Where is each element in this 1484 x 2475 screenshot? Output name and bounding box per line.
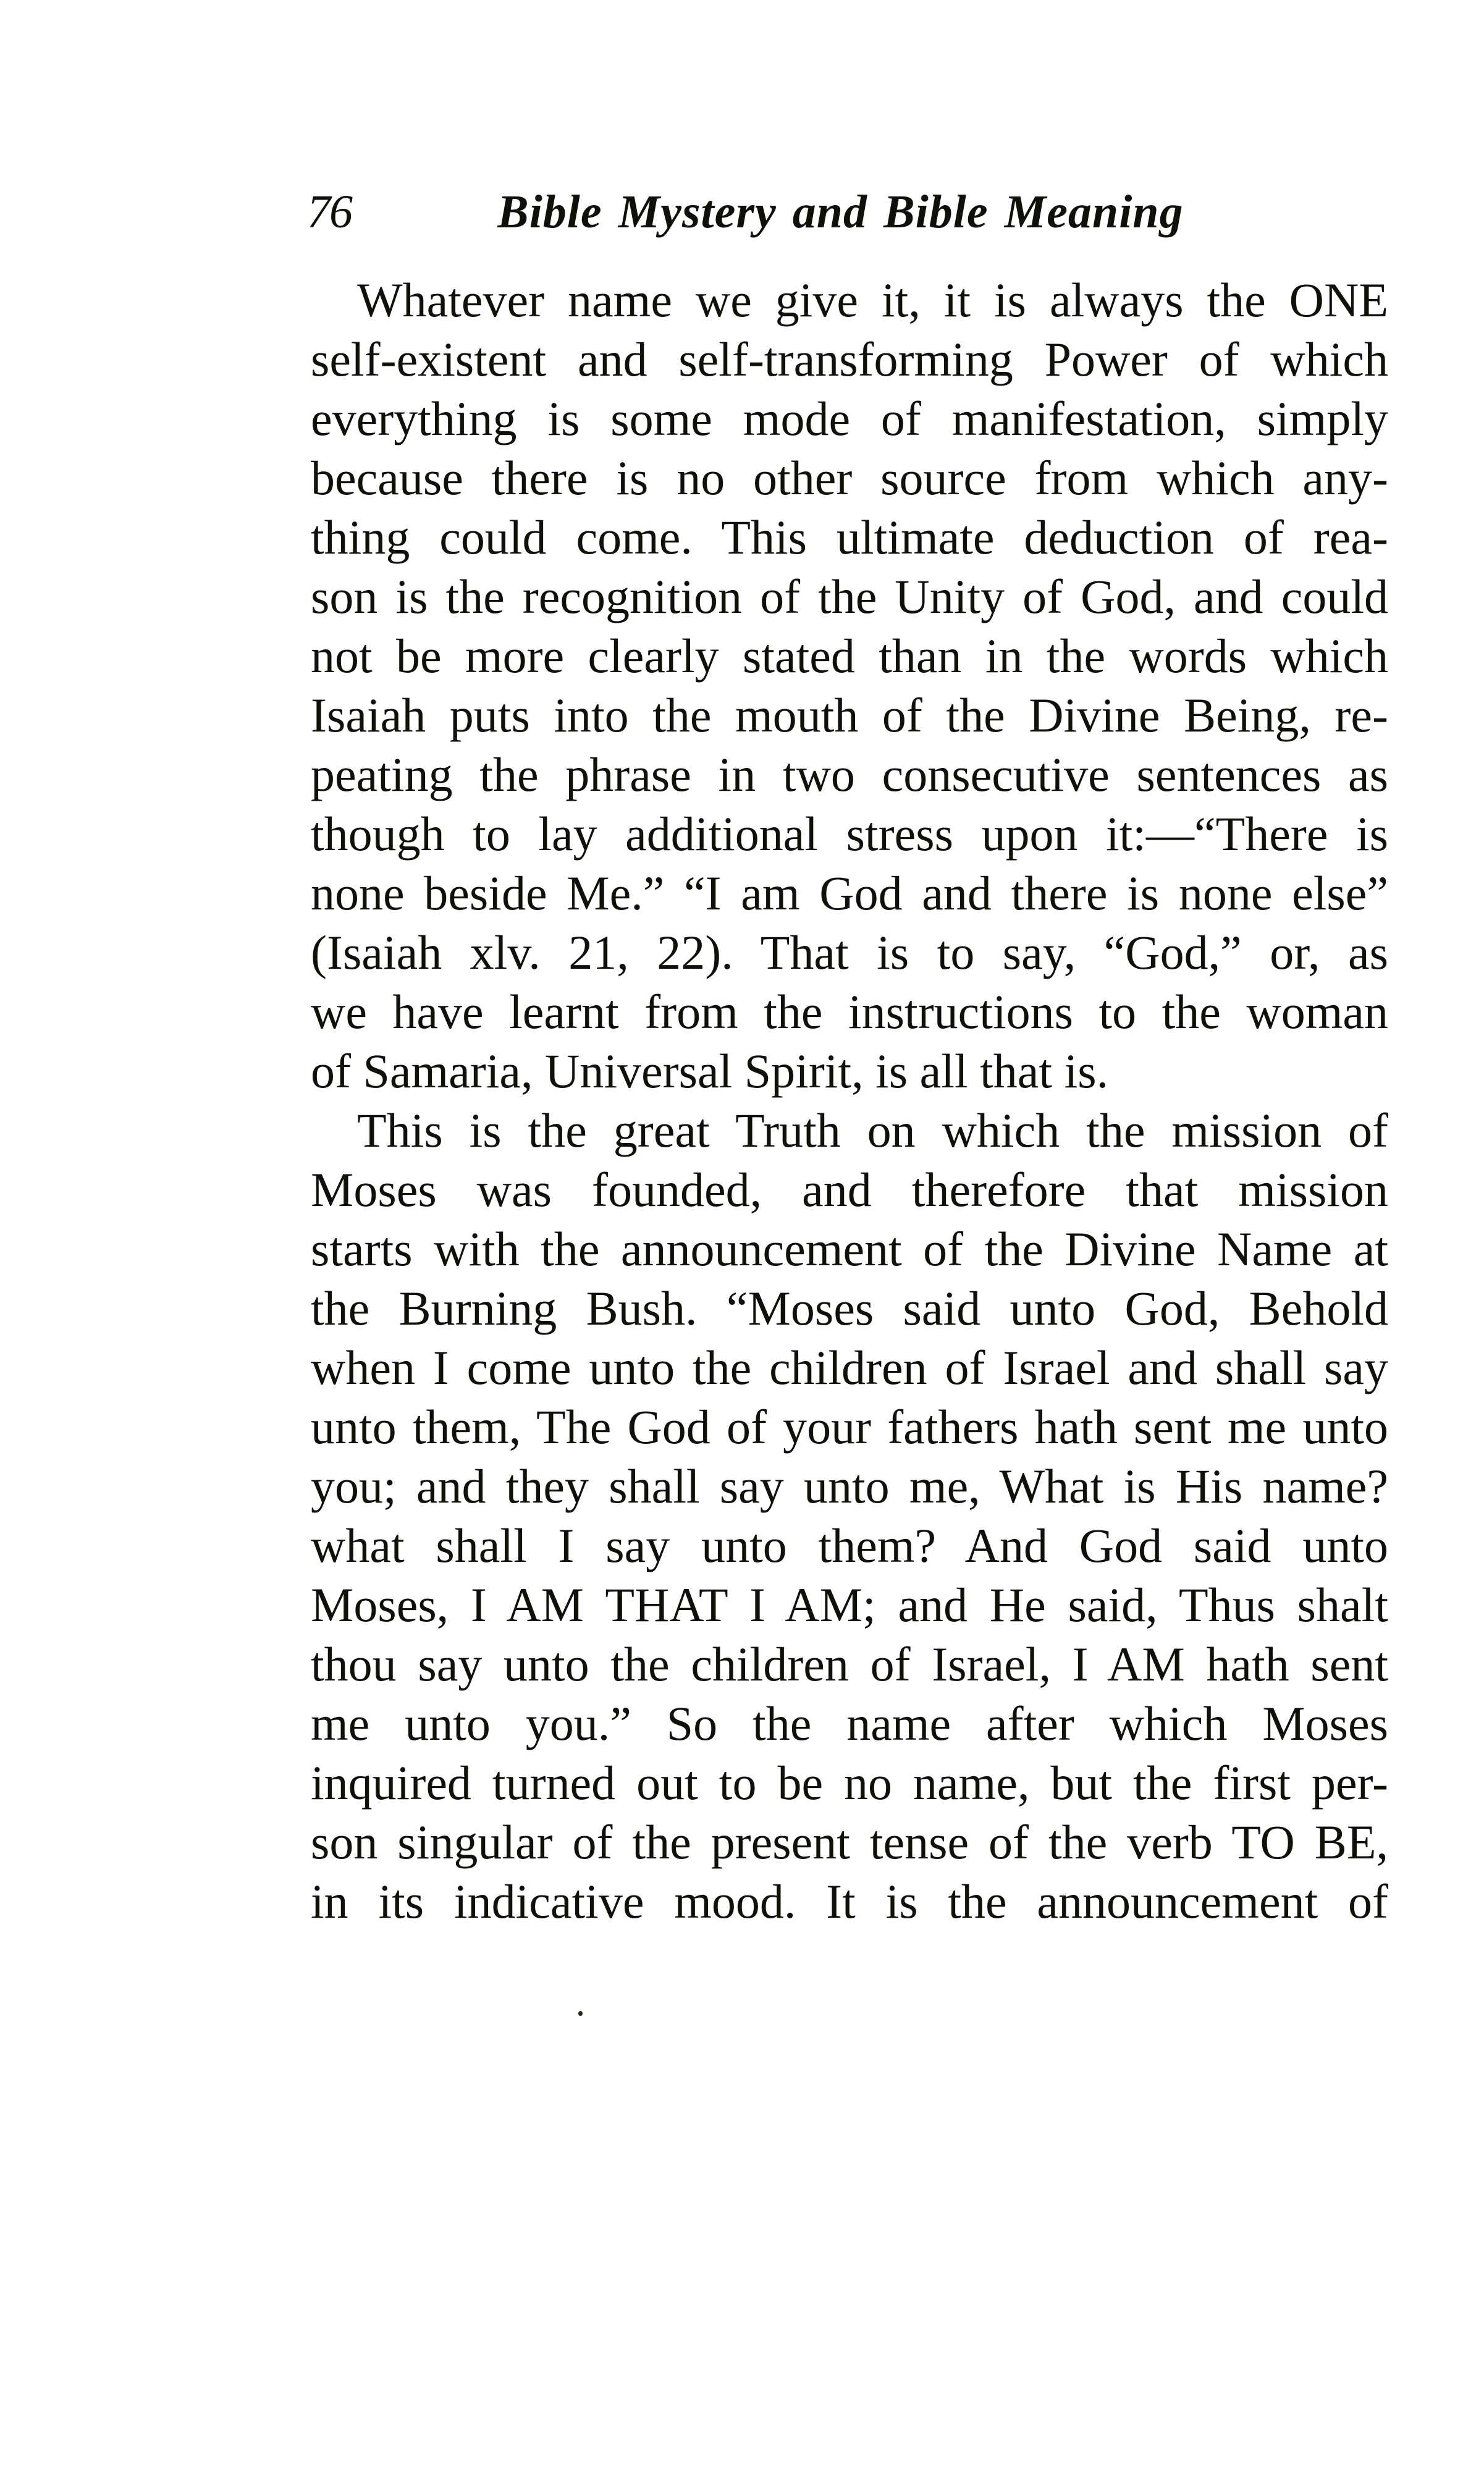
running-title: Bible Mystery and Bible Meaning	[497, 182, 1184, 242]
text-line: in its indicative mood. It is the announ…	[311, 1872, 1388, 1931]
body-text: Whatever name we give it, it is always t…	[311, 271, 1388, 1931]
print-speck	[578, 2011, 583, 2016]
text-line: none beside Me.” “I am God and there is …	[311, 864, 1388, 923]
text-line: self-existent and self-transforming Powe…	[311, 330, 1388, 389]
paragraph-1: Whatever name we give it, it is always t…	[311, 271, 1388, 1101]
text-line: though to lay additional stress upon it:…	[311, 804, 1388, 864]
text-line: when I come unto the children of Israel …	[311, 1338, 1388, 1398]
text-line: son is the recognition of the Unity of G…	[311, 567, 1388, 626]
text-line: we have learnt from the instructions to …	[311, 982, 1388, 1042]
text-line: thing could come. This ultimate deductio…	[311, 508, 1388, 567]
text-line: what shall I say unto them? And God said…	[311, 1516, 1388, 1575]
text-line: you; and they shall say unto me, What is…	[311, 1457, 1388, 1516]
text-line: unto them, The God of your fathers hath …	[311, 1398, 1388, 1457]
text-line: of Samaria, Universal Spirit, is all tha…	[311, 1042, 1388, 1101]
text-line: Moses was founded, and therefore that mi…	[311, 1160, 1388, 1220]
paragraph-2: This is the great Truth on which the mis…	[311, 1101, 1388, 1931]
page-number: 76	[307, 182, 352, 242]
text-line: Moses, I AM THAT I AM; and He said, Thus…	[311, 1575, 1388, 1635]
text-line: This is the great Truth on which the mis…	[311, 1101, 1388, 1160]
text-line: me unto you.” So the name after which Mo…	[311, 1694, 1388, 1753]
text-line: because there is no other source from wh…	[311, 449, 1388, 508]
text-line: Isaiah puts into the mouth of the Divine…	[311, 686, 1388, 745]
book-page: 76 Bible Mystery and Bible Meaning Whate…	[0, 0, 1484, 2475]
text-line: starts with the announcement of the Divi…	[311, 1220, 1388, 1279]
text-line: inquired turned out to be no name, but t…	[311, 1753, 1388, 1813]
text-line: Whatever name we give it, it is always t…	[311, 271, 1388, 330]
text-line: peating the phrase in two consecutive se…	[311, 745, 1388, 804]
text-line: (Isaiah xlv. 21, 22). That is to say, “G…	[311, 923, 1388, 982]
text-line: the Burning Bush. “Moses said unto God, …	[311, 1279, 1388, 1338]
text-line: not be more clearly stated than in the w…	[311, 626, 1388, 686]
text-line: everything is some mode of manifestation…	[311, 389, 1388, 449]
text-line: son singular of the present tense of the…	[311, 1813, 1388, 1872]
text-line: thou say unto the children of Israel, I …	[311, 1635, 1388, 1694]
running-head: 76 Bible Mystery and Bible Meaning	[0, 182, 1484, 242]
